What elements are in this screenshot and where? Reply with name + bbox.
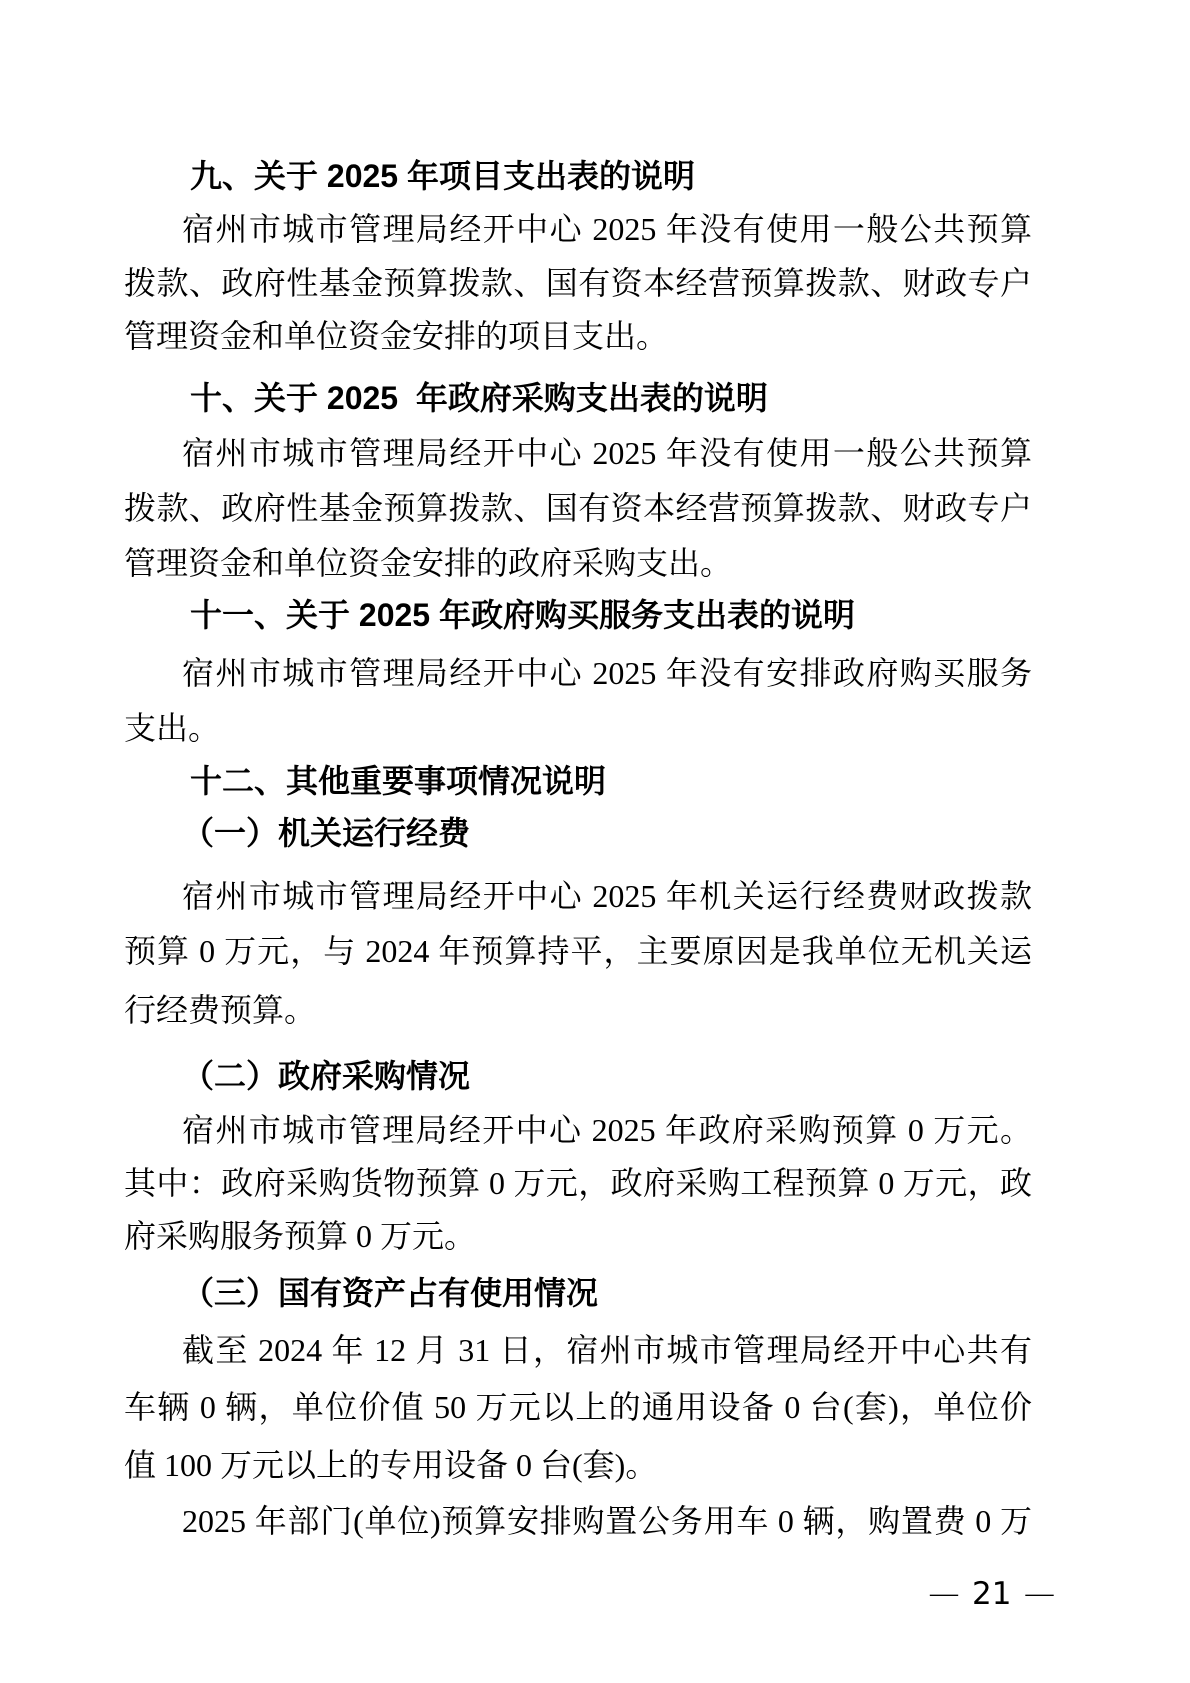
subsection-heading-2: （二）政府采购情况	[124, 1054, 1032, 1098]
section-heading-9: 九、关于 2025 年项目支出表的说明	[124, 154, 1032, 198]
body-line: 管理资金和单位资金安排的政府采购支出。	[124, 541, 1032, 585]
body-line: 宿州市城市管理局经开中心 2025 年没有使用一般公共预算	[124, 207, 1032, 251]
body-line: 管理资金和单位资金安排的项目支出。	[124, 314, 1032, 358]
subsection-heading-1: （一）机关运行经费	[124, 811, 1032, 855]
body-line: 支出。	[124, 706, 1032, 750]
page-footer: — 21 —	[930, 1574, 1053, 1614]
body-line: 截至 2024 年 12 月 31 日，宿州市城市管理局经开中心共有	[124, 1328, 1032, 1372]
footer-dash-right: —	[1025, 1574, 1053, 1614]
body-line: 行经费预算。	[124, 988, 1032, 1032]
body-line: 其中：政府采购货物预算 0 万元，政府采购工程预算 0 万元，政	[124, 1161, 1032, 1205]
body-line: 宿州市城市管理局经开中心 2025 年没有安排政府购买服务	[124, 651, 1032, 695]
body-line: 宿州市城市管理局经开中心 2025 年政府采购预算 0 万元。	[124, 1108, 1032, 1152]
body-line: 值 100 万元以上的专用设备 0 台(套)。	[124, 1443, 1032, 1487]
body-line: 2025 年部门(单位)预算安排购置公务用车 0 辆，购置费 0 万	[124, 1499, 1032, 1543]
body-line: 车辆 0 辆，单位价值 50 万元以上的通用设备 0 台(套)，单位价	[124, 1385, 1032, 1429]
body-line: 宿州市城市管理局经开中心 2025 年机关运行经费财政拨款	[124, 874, 1032, 918]
subsection-heading-3: （三）国有资产占有使用情况	[124, 1271, 1032, 1315]
section-heading-10: 十、关于 2025 年政府采购支出表的说明	[124, 376, 1032, 420]
document-page: 九、关于 2025 年项目支出表的说明 宿州市城市管理局经开中心 2025 年没…	[0, 0, 1190, 1683]
page-number: 21	[972, 1574, 1011, 1614]
body-line: 预算 0 万元，与 2024 年预算持平，主要原因是我单位无机关运	[124, 929, 1032, 973]
section-heading-12: 十二、其他重要事项情况说明	[124, 759, 1032, 803]
body-line: 拨款、政府性基金预算拨款、国有资本经营预算拨款、财政专户	[124, 261, 1032, 305]
body-line: 宿州市城市管理局经开中心 2025 年没有使用一般公共预算	[124, 431, 1032, 475]
footer-dash-left: —	[930, 1574, 958, 1614]
section-heading-11: 十一、关于 2025 年政府购买服务支出表的说明	[124, 593, 1032, 637]
body-line: 府采购服务预算 0 万元。	[124, 1214, 1032, 1258]
body-line: 拨款、政府性基金预算拨款、国有资本经营预算拨款、财政专户	[124, 486, 1032, 530]
